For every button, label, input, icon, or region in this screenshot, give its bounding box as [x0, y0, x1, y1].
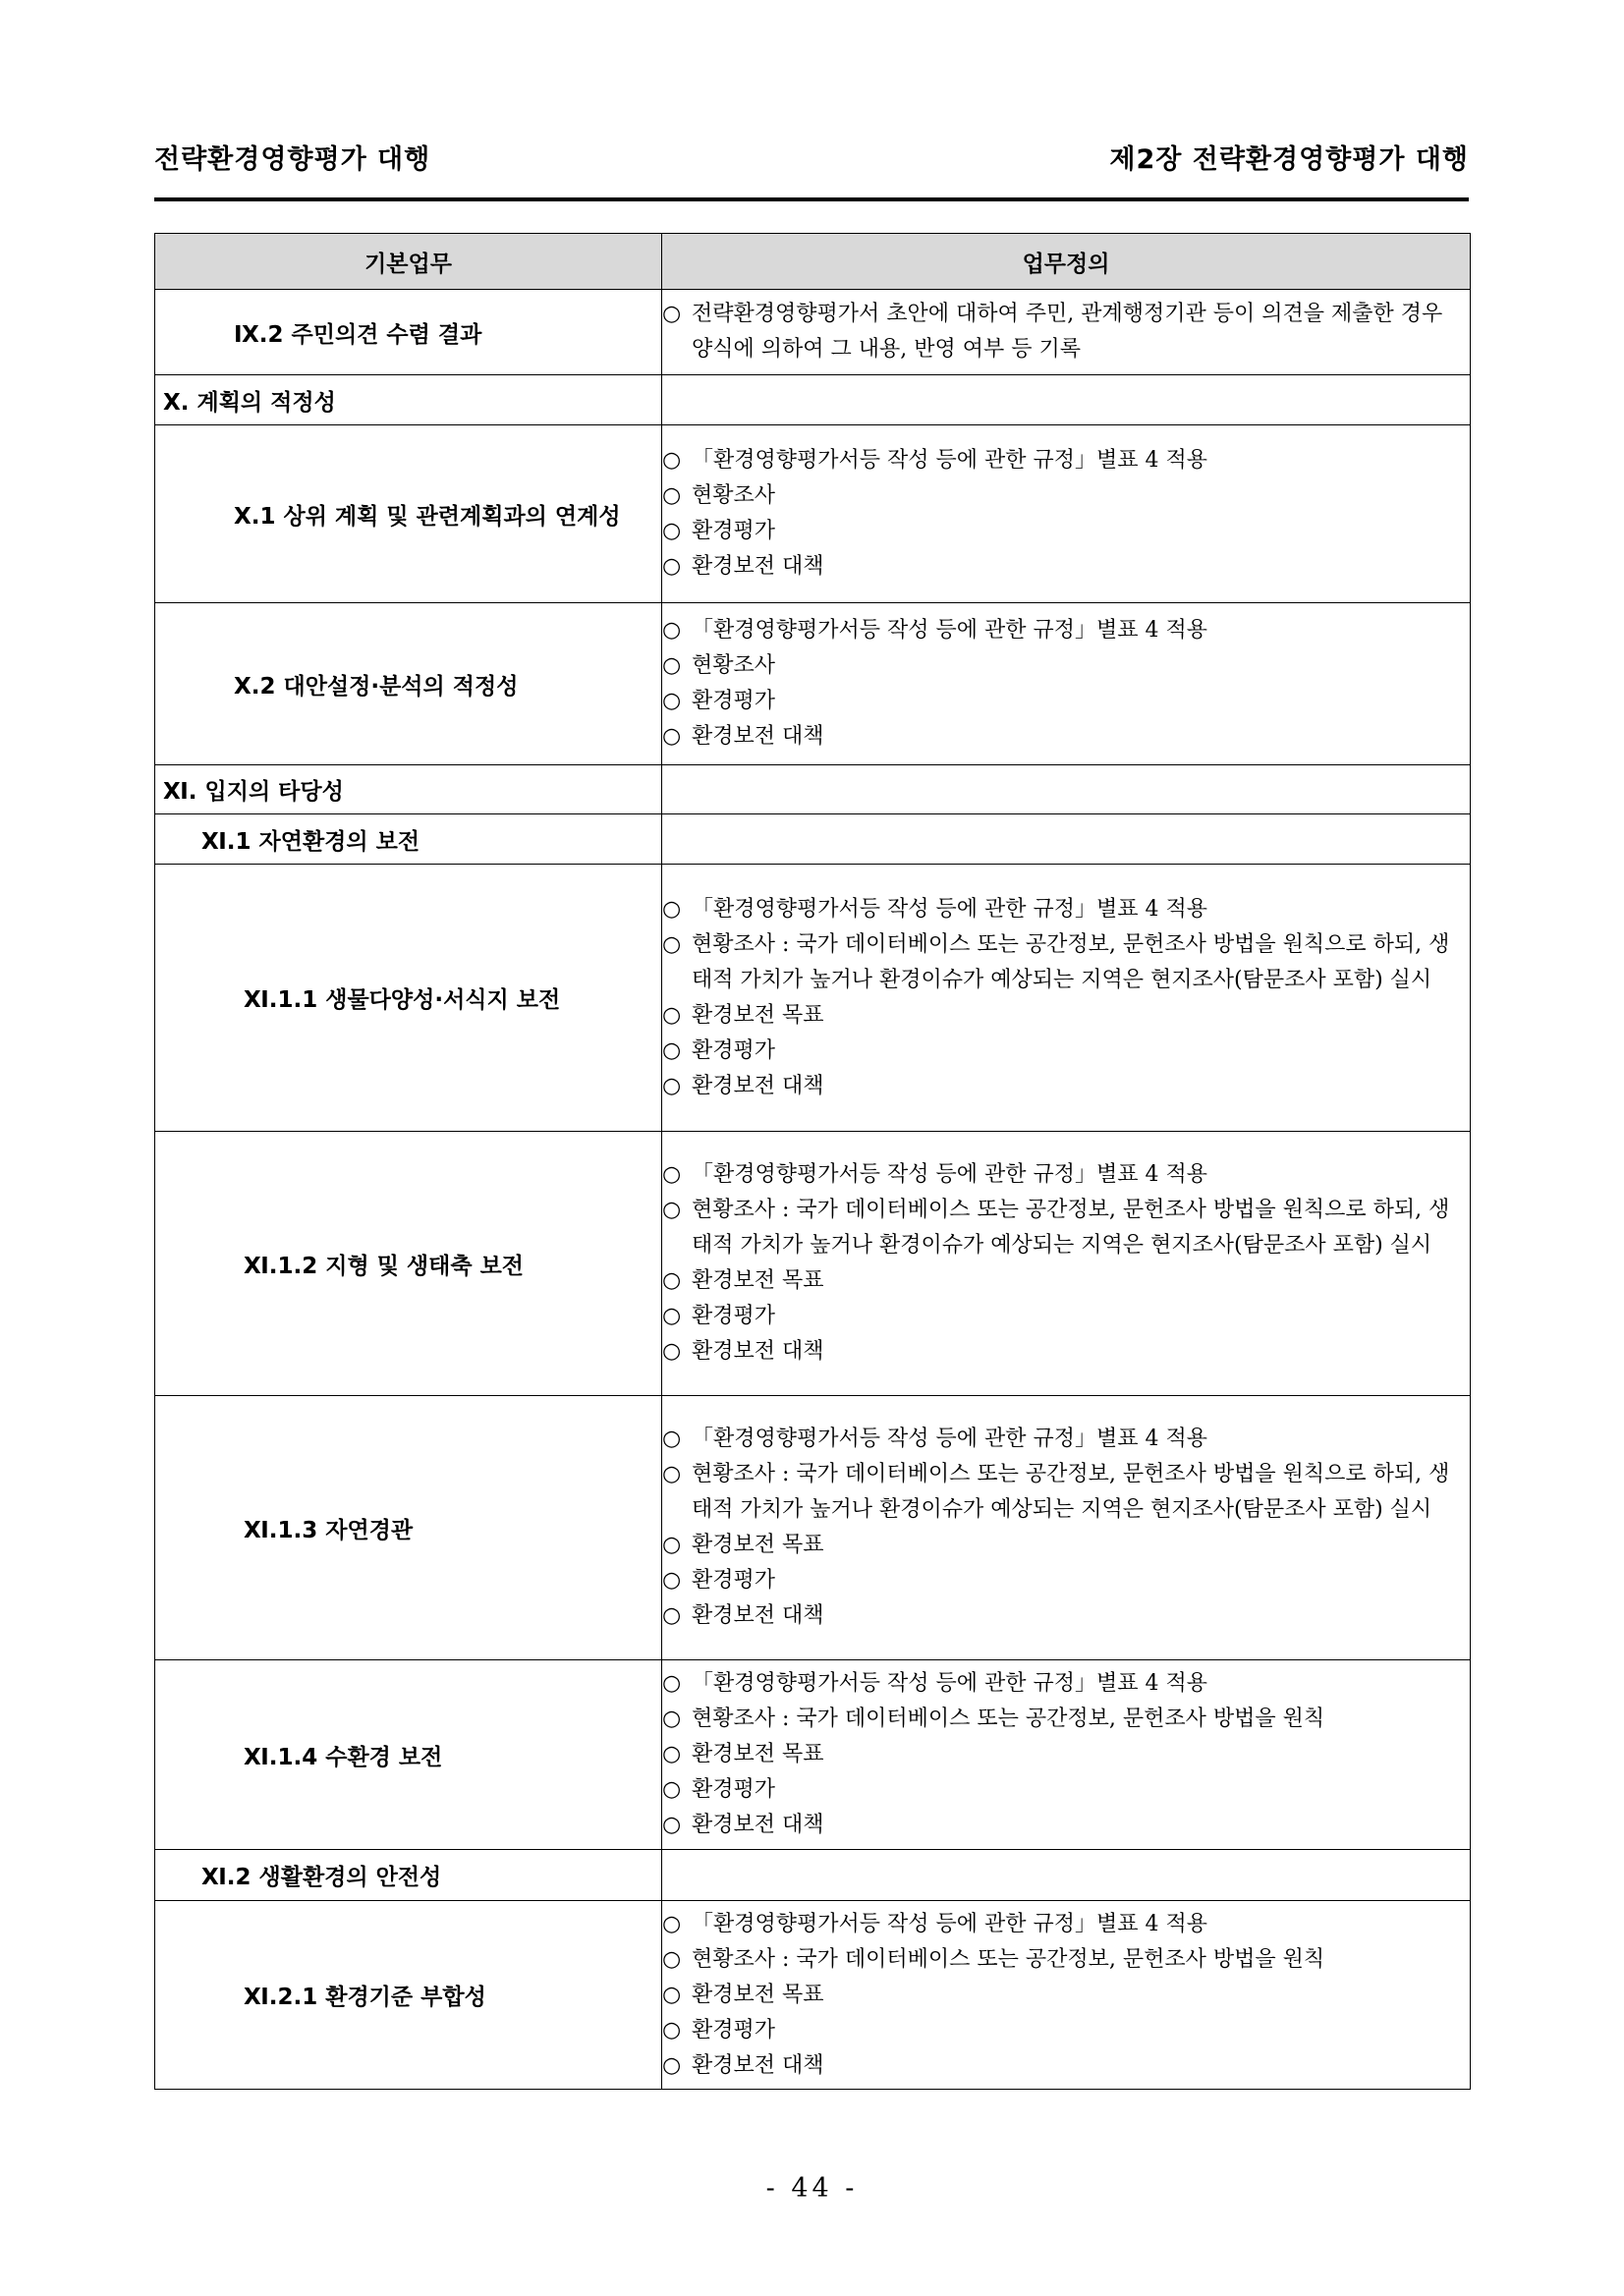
bullet-circle-icon: ○ — [662, 478, 692, 514]
definition-item: ○환경보전 대책 — [662, 1598, 1470, 1634]
table-row: Ⅹ. 계획의 적정성 — [155, 375, 1471, 425]
definition-item: ○환경보전 목표 — [662, 1737, 1470, 1772]
task-cell: Ⅺ.2 생활환경의 안전성 — [155, 1850, 662, 1901]
definition-item: ○현황조사 — [662, 648, 1470, 684]
definition-item: ○환경보전 목표 — [662, 1263, 1470, 1299]
definition-cell — [662, 375, 1471, 425]
definition-cell — [662, 1850, 1471, 1901]
definition-cell: ○「환경영향평가서등 작성 등에 관한 규정」별표 4 적용 ○현황조사 : 국… — [662, 1660, 1471, 1850]
definition-cell: ○「환경영향평가서등 작성 등에 관한 규정」별표 4 적용 ○현황조사 : 국… — [662, 1901, 1471, 2090]
bullet-circle-icon: ○ — [662, 1737, 692, 1772]
definition-item: ○환경보전 목표 — [662, 998, 1470, 1034]
definition-item: ○전략환경영향평가서 초안에 대하여 주민, 관계행정기관 등이 의견을 제출한… — [662, 297, 1470, 367]
table-row: Ⅺ.1.4 수환경 보전 ○「환경영향평가서등 작성 등에 관한 규정」별표 4… — [155, 1660, 1471, 1850]
definition-item: ○「환경영향평가서등 작성 등에 관한 규정」별표 4 적용 — [662, 443, 1470, 478]
task-cell: Ⅺ.2.1 환경기준 부합성 — [155, 1901, 662, 2090]
task-cell: Ⅺ.1.4 수환경 보전 — [155, 1660, 662, 1850]
definition-item: ○환경보전 목표 — [662, 1528, 1470, 1563]
table-row: Ⅺ.2.1 환경기준 부합성 ○「환경영향평가서등 작성 등에 관한 규정」별표… — [155, 1901, 1471, 2090]
bullet-circle-icon: ○ — [662, 1528, 692, 1563]
bullet-circle-icon: ○ — [662, 1157, 692, 1193]
bullet-circle-icon: ○ — [662, 1422, 692, 1457]
table-row: Ⅹ.1 상위 계획 및 관련계획과의 연계성 ○「환경영향평가서등 작성 등에 … — [155, 425, 1471, 603]
task-cell: Ⅸ.2 주민의견 수렴 결과 — [155, 290, 662, 375]
definition-item: ○현황조사 : 국가 데이터베이스 또는 공간정보, 문헌조사 방법을 원칙 — [662, 1702, 1470, 1737]
definition-item: ○환경보전 목표 — [662, 1978, 1470, 2013]
bullet-circle-icon: ○ — [662, 1193, 692, 1228]
chapter-title: 제2장 전략환경영향평가 대행 — [1109, 138, 1469, 176]
definition-item: ○환경평가 — [662, 1299, 1470, 1334]
definition-item: ○「환경영향평가서등 작성 등에 관한 규정」별표 4 적용 — [662, 892, 1470, 927]
task-cell: Ⅺ. 입지의 타당성 — [155, 765, 662, 814]
bullet-circle-icon: ○ — [662, 443, 692, 478]
table-row: Ⅺ.1 자연환경의 보전 — [155, 814, 1471, 865]
definition-cell: ○「환경영향평가서등 작성 등에 관한 규정」별표 4 적용 ○현황조사 ○환경… — [662, 603, 1471, 765]
definition-item: ○「환경영향평가서등 작성 등에 관한 규정」별표 4 적용 — [662, 1666, 1470, 1702]
table-row: Ⅺ.1.2 지형 및 생태축 보전 ○「환경영향평가서등 작성 등에 관한 규정… — [155, 1132, 1471, 1396]
task-cell: Ⅺ.1.1 생물다양성·서식지 보전 — [155, 865, 662, 1132]
bullet-circle-icon: ○ — [662, 1702, 692, 1737]
task-cell: Ⅹ.1 상위 계획 및 관련계획과의 연계성 — [155, 425, 662, 603]
definition-item: ○현황조사 : 국가 데이터베이스 또는 공간정보, 문헌조사 방법을 원칙으로… — [662, 1193, 1470, 1263]
document-title: 전략환경영향평가 대행 — [154, 138, 430, 176]
definition-item: ○환경보전 대책 — [662, 1069, 1470, 1104]
bullet-circle-icon: ○ — [662, 892, 692, 927]
definition-item: ○「환경영향평가서등 작성 등에 관한 규정」별표 4 적용 — [662, 1422, 1470, 1457]
bullet-circle-icon: ○ — [662, 2013, 692, 2048]
definition-cell: ○「환경영향평가서등 작성 등에 관한 규정」별표 4 적용 ○현황조사 : 국… — [662, 1132, 1471, 1396]
bullet-circle-icon: ○ — [662, 1563, 692, 1598]
table-body: Ⅸ.2 주민의견 수렴 결과 ○전략환경영향평가서 초안에 대하여 주민, 관계… — [155, 290, 1471, 2090]
bullet-circle-icon: ○ — [662, 1263, 692, 1299]
bullet-circle-icon: ○ — [662, 1907, 692, 1942]
definition-item: ○환경보전 대책 — [662, 549, 1470, 585]
running-header: 전략환경영향평가 대행 제2장 전략환경영향평가 대행 — [154, 138, 1469, 177]
bullet-circle-icon: ○ — [662, 648, 692, 684]
bullet-circle-icon: ○ — [662, 1034, 692, 1069]
definition-item: ○「환경영향평가서등 작성 등에 관한 규정」별표 4 적용 — [662, 1157, 1470, 1193]
page-number: - 44 - — [0, 2173, 1624, 2204]
definition-item: ○환경평가 — [662, 514, 1470, 549]
definition-item: ○환경평가 — [662, 1563, 1470, 1598]
definition-item: ○환경보전 대책 — [662, 1334, 1470, 1370]
bullet-circle-icon: ○ — [662, 613, 692, 648]
task-cell: Ⅹ.2 대안설정·분석의 적정성 — [155, 603, 662, 765]
task-cell: Ⅺ.1.3 자연경관 — [155, 1396, 662, 1660]
bullet-circle-icon: ○ — [662, 2048, 692, 2084]
table-header-row: 기본업무 업무정의 — [155, 234, 1471, 290]
definition-item: ○「환경영향평가서등 작성 등에 관한 규정」별표 4 적용 — [662, 613, 1470, 648]
bullet-circle-icon: ○ — [662, 514, 692, 549]
column-header-definition: 업무정의 — [662, 234, 1471, 290]
definition-item: ○현황조사 : 국가 데이터베이스 또는 공간정보, 문헌조사 방법을 원칙으로… — [662, 1457, 1470, 1528]
definition-item: ○환경평가 — [662, 1034, 1470, 1069]
table-row: Ⅹ.2 대안설정·분석의 적정성 ○「환경영향평가서등 작성 등에 관한 규정」… — [155, 603, 1471, 765]
bullet-circle-icon: ○ — [662, 1598, 692, 1634]
definition-item: ○환경평가 — [662, 2013, 1470, 2048]
definition-cell — [662, 814, 1471, 865]
definition-cell: ○「환경영향평가서등 작성 등에 관한 규정」별표 4 적용 ○현황조사 : 국… — [662, 1396, 1471, 1660]
definition-cell: ○「환경영향평가서등 작성 등에 관한 규정」별표 4 적용 ○현황조사 : 국… — [662, 865, 1471, 1132]
definition-item: ○환경보전 대책 — [662, 719, 1470, 755]
bullet-circle-icon: ○ — [662, 1457, 692, 1492]
bullet-circle-icon: ○ — [662, 549, 692, 585]
definition-item: ○환경보전 대책 — [662, 2048, 1470, 2084]
definition-item: ○현황조사 : 국가 데이터베이스 또는 공간정보, 문헌조사 방법을 원칙 — [662, 1942, 1470, 1978]
bullet-circle-icon: ○ — [662, 1808, 692, 1843]
definition-item: ○현황조사 : 국가 데이터베이스 또는 공간정보, 문헌조사 방법을 원칙으로… — [662, 927, 1470, 998]
table-row: Ⅺ.1.3 자연경관 ○「환경영향평가서등 작성 등에 관한 규정」별표 4 적… — [155, 1396, 1471, 1660]
definition-item: ○환경평가 — [662, 1772, 1470, 1808]
definition-cell: ○전략환경영향평가서 초안에 대하여 주민, 관계행정기관 등이 의견을 제출한… — [662, 290, 1471, 375]
table-row: Ⅸ.2 주민의견 수렴 결과 ○전략환경영향평가서 초안에 대하여 주민, 관계… — [155, 290, 1471, 375]
table-row: Ⅺ. 입지의 타당성 — [155, 765, 1471, 814]
definition-item: ○현황조사 — [662, 478, 1470, 514]
bullet-circle-icon: ○ — [662, 297, 692, 332]
task-cell: Ⅹ. 계획의 적정성 — [155, 375, 662, 425]
definition-item: ○「환경영향평가서등 작성 등에 관한 규정」별표 4 적용 — [662, 1907, 1470, 1942]
bullet-circle-icon: ○ — [662, 1666, 692, 1702]
definition-item: ○환경보전 대책 — [662, 1808, 1470, 1843]
definition-item: ○환경평가 — [662, 684, 1470, 719]
bullet-circle-icon: ○ — [662, 1942, 692, 1978]
column-header-task: 기본업무 — [155, 234, 662, 290]
task-cell: Ⅺ.1 자연환경의 보전 — [155, 814, 662, 865]
definition-cell: ○「환경영향평가서등 작성 등에 관한 규정」별표 4 적용 ○현황조사 ○환경… — [662, 425, 1471, 603]
bullet-circle-icon: ○ — [662, 1772, 692, 1808]
definition-cell — [662, 765, 1471, 814]
task-cell: Ⅺ.1.2 지형 및 생태축 보전 — [155, 1132, 662, 1396]
bullet-circle-icon: ○ — [662, 1334, 692, 1370]
table-row: Ⅺ.1.1 생물다양성·서식지 보전 ○「환경영향평가서등 작성 등에 관한 규… — [155, 865, 1471, 1132]
bullet-circle-icon: ○ — [662, 1069, 692, 1104]
bullet-circle-icon: ○ — [662, 998, 692, 1034]
table-row: Ⅺ.2 생활환경의 안전성 — [155, 1850, 1471, 1901]
bullet-circle-icon: ○ — [662, 719, 692, 755]
bullet-circle-icon: ○ — [662, 1299, 692, 1334]
task-definition-table: 기본업무 업무정의 Ⅸ.2 주민의견 수렴 결과 ○전략환경영향평가서 초안에 … — [154, 233, 1471, 2090]
bullet-circle-icon: ○ — [662, 927, 692, 963]
bullet-circle-icon: ○ — [662, 1978, 692, 2013]
header-divider — [154, 197, 1469, 201]
bullet-circle-icon: ○ — [662, 684, 692, 719]
